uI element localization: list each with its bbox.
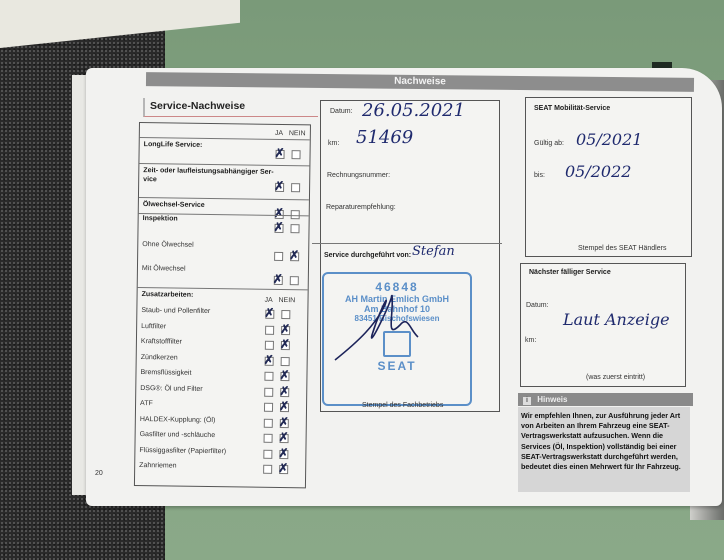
bis-label: bis:: [534, 172, 545, 179]
zusatz-label: ATF: [140, 400, 153, 407]
checkbox-ja[interactable]: [264, 387, 273, 396]
gueltig-value: 05/2021: [576, 130, 642, 149]
check-mark-icon: ✗: [280, 339, 290, 349]
hinweis-text: Wir empfehlen Ihnen, zur Ausführung jede…: [518, 407, 690, 492]
col-ja-header: JA: [264, 297, 272, 304]
check-mark-icon: ✗: [289, 250, 299, 260]
next-service-caption: (was zuerst eintritt): [586, 374, 645, 381]
checkbox-nein[interactable]: [281, 357, 290, 366]
checklist-label: LongLife Service:: [144, 141, 203, 149]
zusatz-label: Flüssiggasfilter (Papierfilter): [139, 447, 226, 455]
check-mark-icon: ✗: [279, 401, 289, 411]
info-icon: i: [523, 397, 531, 405]
page-number: 20: [95, 470, 103, 477]
check-mark-icon: ✗: [279, 416, 289, 426]
bis-value: 05/2022: [565, 162, 631, 181]
checklist-label-cont: vice: [143, 176, 157, 183]
check-mark-icon: ✗: [273, 274, 283, 284]
zusatz-label: HALDEX-Kupplung: (Öl): [140, 416, 216, 424]
check-mark-icon: ✗: [275, 148, 285, 158]
check-mark-icon: ✗: [278, 447, 288, 457]
col-ja-header: JA: [275, 130, 283, 137]
checkbox-ja[interactable]: [274, 252, 283, 261]
check-mark-icon: ✗: [279, 370, 289, 380]
checkbox-ja[interactable]: [264, 418, 273, 427]
zusatz-label: Kraftstofffilter: [141, 338, 182, 346]
hinweis-title: Hinweis: [537, 395, 567, 404]
zusatz-label: Gasfilter und -schläuche: [140, 431, 216, 439]
checklist-label: Zeit- oder laufleistungsabhängiger Ser-: [143, 167, 273, 176]
checkbox-nein[interactable]: [291, 150, 300, 159]
service-checklist: JA NEIN LongLife Service:✗Zeit- oder lau…: [134, 122, 311, 488]
next-service-value: Laut Anzeige: [563, 310, 670, 329]
checkbox-ja[interactable]: [264, 434, 273, 443]
checkbox-nein[interactable]: [281, 310, 290, 319]
checkbox-ja[interactable]: [264, 403, 273, 412]
zusatz-label: Bremsflüssigkeit: [140, 369, 191, 377]
checklist-label: Ohne Ölwechsel: [142, 241, 193, 249]
durchgefuehrt-value: Stefan: [412, 244, 455, 259]
checklist-label: Mit Ölwechsel: [142, 265, 186, 273]
checkbox-nein[interactable]: [291, 183, 300, 192]
check-mark-icon: ✗: [274, 208, 284, 218]
next-datum-label: Datum:: [526, 302, 549, 309]
zusatz-label: Luftfilter: [141, 323, 166, 330]
hinweis-header: i Hinweis: [518, 393, 693, 406]
checkbox-ja[interactable]: [265, 341, 274, 350]
km-label: km:: [328, 140, 339, 147]
km-value: 51469: [356, 127, 413, 148]
datum-label: Datum:: [330, 108, 353, 115]
checkbox-ja[interactable]: [264, 372, 273, 381]
check-mark-icon: ✗: [279, 385, 289, 395]
checkbox-ja[interactable]: [263, 465, 272, 474]
check-mark-icon: ✗: [273, 222, 283, 232]
checkbox-nein[interactable]: [290, 276, 299, 285]
check-mark-icon: ✗: [264, 354, 274, 364]
mobility-caption: Stempel des SEAT Händlers: [578, 245, 666, 252]
zusatz-label: Zahnriemen: [139, 462, 176, 470]
check-mark-icon: ✗: [279, 432, 289, 442]
next-km-label: km:: [525, 337, 536, 344]
mobility-title: SEAT Mobilität-Service: [534, 105, 610, 112]
stamp-caption: Stempel des Fachbetriebs: [362, 402, 443, 409]
checklist-label: Inspektion: [143, 215, 178, 222]
signature: [330, 285, 420, 365]
zusatz-title: Zusatzarbeiten:: [142, 291, 194, 299]
checklist-label: Ölwechsel-Service: [143, 201, 205, 209]
zusatz-label: Zündkerzen: [141, 354, 178, 362]
zusatz-label: DSG®: Öl und Filter: [140, 385, 202, 393]
check-mark-icon: ✗: [274, 181, 284, 191]
gueltig-label: Gültig ab:: [534, 140, 564, 147]
check-mark-icon: ✗: [280, 323, 290, 333]
section-title: Service-Nachweise: [143, 98, 318, 117]
durchgefuehrt-label: Service durchgeführt von:: [324, 252, 411, 259]
check-mark-icon: ✗: [278, 463, 288, 473]
col-nein-header: NEIN: [289, 130, 306, 137]
datum-value: 26.05.2021: [362, 100, 465, 121]
rechnung-label: Rechnungsnummer:: [327, 172, 390, 179]
next-service-title: Nächster fälliger Service: [529, 269, 611, 276]
zusatz-label: Staub- und Pollenfilter: [141, 307, 210, 315]
checkbox-nein[interactable]: [290, 224, 299, 233]
col-nein-header: NEIN: [278, 297, 295, 304]
check-mark-icon: ✗: [264, 308, 274, 318]
checkbox-ja[interactable]: [265, 325, 274, 334]
reparatur-label: Reparaturempfehlung:: [326, 204, 396, 211]
checkbox-ja[interactable]: [263, 449, 272, 458]
